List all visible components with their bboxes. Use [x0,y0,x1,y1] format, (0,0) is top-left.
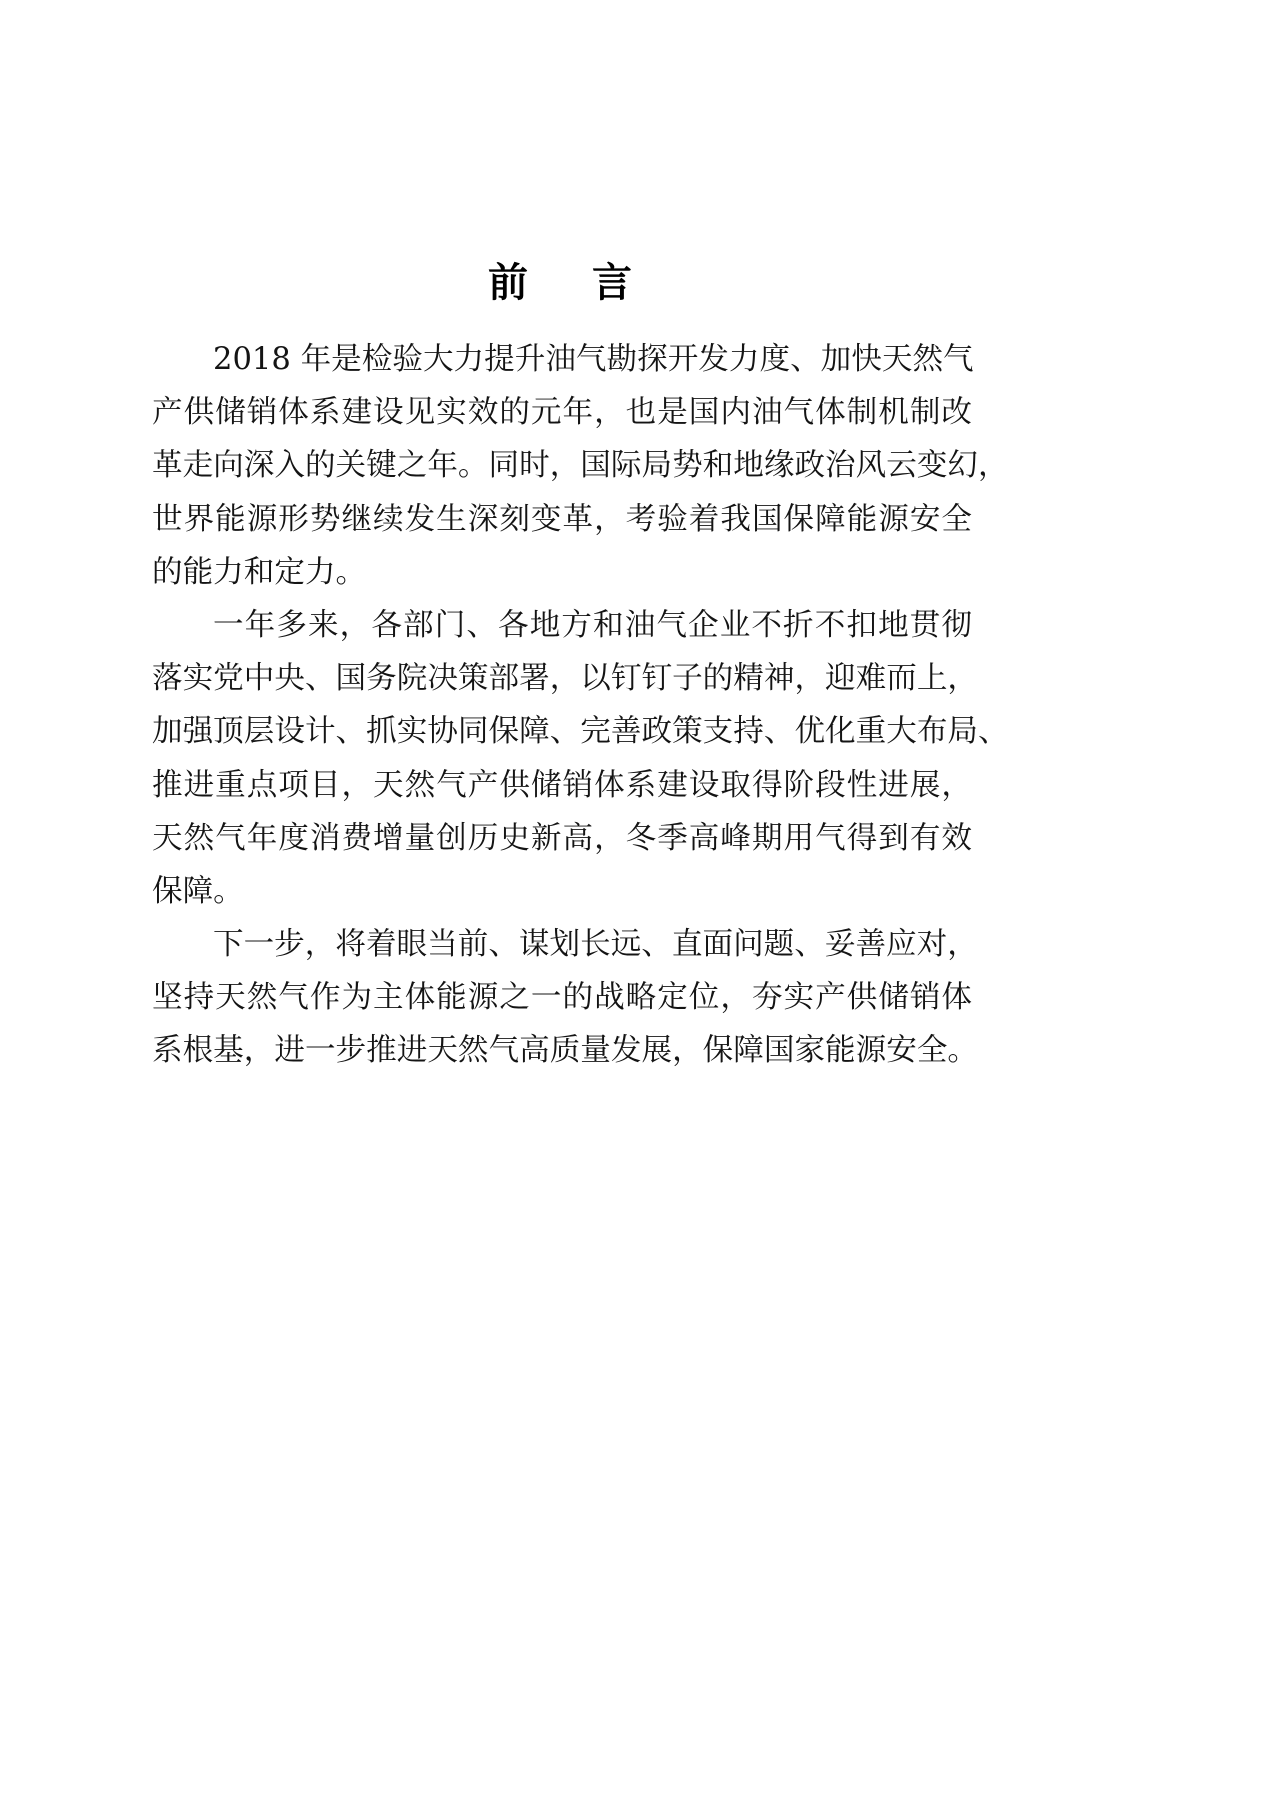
paragraph-line: 世界能源形势继续发生深刻变革，考验着我国保障能源安全 [152,493,972,546]
paragraph-line: 一年多来，各部门、各地方和油气企业不折不扣地贯彻 [152,599,972,652]
title-char-2: 言 [592,255,632,311]
paragraph-line: 系根基，进一步推进天然气高质量发展，保障国家能源安全。 [152,1024,972,1077]
preface-body: 2018 年是检验大力提升油气勘探开发力度、加快天然气 产供储销体系建设见实效的… [152,333,972,1078]
paragraph-line: 加强顶层设计、抓实协同保障、完善政策支持、优化重大布局、 [152,705,972,758]
paragraph-line: 革走向深入的关键之年。同时，国际局势和地缘政治风云变幻， [152,439,972,492]
paragraph-1: 2018 年是检验大力提升油气勘探开发力度、加快天然气 产供储销体系建设见实效的… [152,333,972,599]
paragraph-line: 下一步，将着眼当前、谋划长远、直面问题、妥善应对， [152,918,972,971]
title-char-1: 前 [488,255,528,311]
paragraph-line: 落实党中央、国务院决策部署，以钉钉子的精神，迎难而上， [152,652,972,705]
paragraph-line: 保障。 [152,865,972,918]
page-title: 前言 [0,255,1120,311]
paragraph-line: 坚持天然气作为主体能源之一的战略定位，夯实产供储销体 [152,971,972,1024]
paragraph-line: 2018 年是检验大力提升油气勘探开发力度、加快天然气 [152,333,972,386]
paragraph-line: 天然气年度消费增量创历史新高，冬季高峰期用气得到有效 [152,812,972,865]
document-page: 前言 2018 年是检验大力提升油气勘探开发力度、加快天然气 产供储销体系建设见… [0,0,1280,1799]
paragraph-line: 产供储销体系建设见实效的元年，也是国内油气体制机制改 [152,386,972,439]
paragraph-line: 的能力和定力。 [152,546,972,599]
paragraph-3: 下一步，将着眼当前、谋划长远、直面问题、妥善应对， 坚持天然气作为主体能源之一的… [152,918,972,1078]
paragraph-2: 一年多来，各部门、各地方和油气企业不折不扣地贯彻 落实党中央、国务院决策部署，以… [152,599,972,918]
paragraph-line: 推进重点项目，天然气产供储销体系建设取得阶段性进展， [152,759,972,812]
